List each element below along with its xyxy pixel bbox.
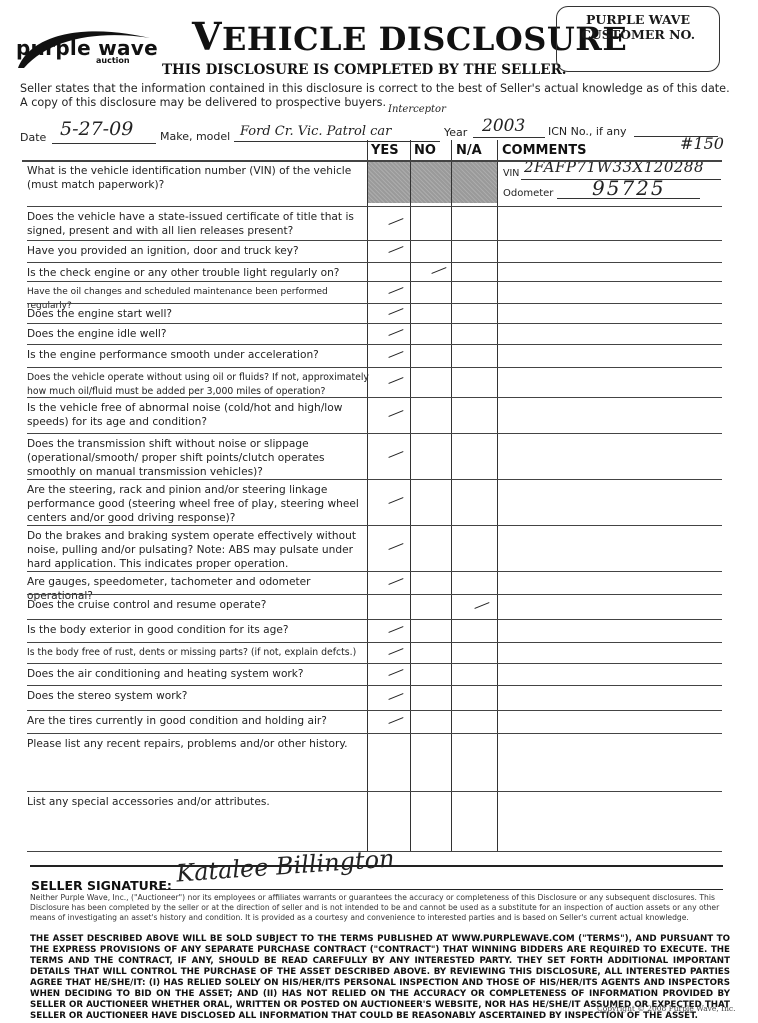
year-label: Year: [444, 126, 467, 139]
question-text: Please list any recent repairs, problems…: [27, 737, 372, 751]
answer-cell-na[interactable]: [451, 571, 497, 594]
answer-cell-yes[interactable]: [367, 344, 410, 367]
question-text: Does the vehicle have a state-issued cer…: [27, 210, 372, 238]
answer-cell-na[interactable]: [451, 525, 497, 571]
table-header-rule: [22, 160, 722, 162]
column-na: N/A: [456, 143, 482, 158]
answer-cell-no[interactable]: [410, 663, 451, 685]
answer-cell-no[interactable]: [410, 367, 451, 397]
question-text: Does the air conditioning and heating sy…: [27, 667, 372, 681]
customer-box-line1: PURPLE WAVE: [557, 12, 719, 27]
question-text: Are the steering, rack and pinion and/or…: [27, 483, 372, 525]
title-initial: V: [192, 14, 222, 59]
question-text: Is the body exterior in good condition f…: [27, 623, 372, 637]
question-text: Does the transmission shift without nois…: [27, 437, 372, 479]
answer-cell-yes[interactable]: [367, 262, 410, 281]
question-text: What is the vehicle identification numbe…: [27, 164, 372, 192]
answer-cell-na[interactable]: [451, 433, 497, 479]
question-text: Does the engine start well?: [27, 307, 372, 321]
answer-cell-na[interactable]: [451, 240, 497, 262]
signature-field[interactable]: [158, 889, 723, 890]
customer-box-line2: CUSTOMER NO.: [557, 27, 719, 42]
answer-cell-no[interactable]: [410, 642, 451, 663]
question-text: Does the stereo system work?: [27, 689, 372, 703]
table-column-divider: [497, 140, 498, 851]
answer-cell-na[interactable]: [451, 323, 497, 344]
answer-cell-yes[interactable]: [367, 571, 410, 594]
question-text: Does the cruise control and resume opera…: [27, 598, 372, 612]
question-text: Is the check engine or any other trouble…: [27, 266, 372, 280]
answer-cell-no[interactable]: [410, 594, 451, 619]
answer-cell-no[interactable]: [410, 240, 451, 262]
answer-cell-na[interactable]: [451, 479, 497, 525]
question-text: Does the vehicle operate without using o…: [27, 371, 372, 399]
answer-cell-na[interactable]: [451, 206, 497, 240]
make-model-value: Ford Cr. Vic. Patrol car: [240, 124, 391, 139]
answer-cell-no[interactable]: [410, 433, 451, 479]
question-text: Are the tires currently in good conditio…: [27, 714, 372, 728]
question-text: Is the vehicle free of abnormal noise (c…: [27, 401, 372, 429]
date-value: 5-27-09: [60, 118, 133, 140]
answer-cell-na[interactable]: [451, 663, 497, 685]
answer-cell-na[interactable]: [451, 367, 497, 397]
answer-cell-no[interactable]: [410, 281, 451, 303]
answer-cell-no[interactable]: [410, 710, 451, 733]
signature-label: SELLER SIGNATURE:: [31, 878, 172, 893]
year-value: 2003: [482, 116, 525, 136]
answer-cell-na[interactable]: [451, 262, 497, 281]
answer-cell-na[interactable]: [451, 685, 497, 710]
answer-cell-na[interactable]: [451, 344, 497, 367]
answer-cell-no[interactable]: [410, 397, 451, 433]
column-yes: YES: [371, 143, 399, 158]
make-annotation: Interceptor: [388, 104, 446, 115]
answer-cell-na[interactable]: [451, 281, 497, 303]
answer-cell-no[interactable]: [410, 525, 451, 571]
page-subtitle: THIS DISCLOSURE IS COMPLETED BY THE SELL…: [162, 62, 567, 78]
intro-line-2: A copy of this disclosure may be deliver…: [20, 96, 386, 109]
answer-cell-na[interactable]: [451, 642, 497, 663]
intro-line-1: Seller states that the information conta…: [20, 82, 730, 95]
comments-note: #150: [680, 134, 724, 153]
year-field[interactable]: [473, 137, 545, 138]
date-label: Date: [20, 131, 46, 144]
answer-cell-na[interactable]: [451, 594, 497, 619]
answer-cell-no[interactable]: [410, 685, 451, 710]
question-text: Does the engine idle well?: [27, 327, 372, 341]
customer-number-box[interactable]: PURPLE WAVE CUSTOMER NO.: [556, 6, 720, 72]
answer-cell-no[interactable]: [410, 303, 451, 323]
answer-cell-yes[interactable]: [367, 642, 410, 663]
disclaimer-text: Neither Purple Wave, Inc., ("Auctioneer"…: [30, 893, 730, 923]
answer-cell-no[interactable]: [410, 571, 451, 594]
odometer-value: 95725: [592, 176, 666, 200]
question-text: Is the engine performance smooth under a…: [27, 348, 372, 362]
question-text: Have you provided an ignition, door and …: [27, 244, 372, 258]
vin-label: VIN: [503, 168, 519, 179]
answer-cell-no[interactable]: [410, 206, 451, 240]
answer-cell-no[interactable]: [410, 344, 451, 367]
row-divider: [27, 733, 722, 734]
logo-subtext: auction: [96, 56, 130, 65]
vin-shaded-cells: [367, 161, 497, 203]
answer-cell-no[interactable]: [410, 323, 451, 344]
answer-cell-no[interactable]: [410, 262, 451, 281]
column-no: NO: [414, 143, 436, 158]
answer-cell-na[interactable]: [451, 397, 497, 433]
answer-cell-no[interactable]: [410, 619, 451, 642]
answer-cell-na[interactable]: [451, 303, 497, 323]
answer-cell-na[interactable]: [451, 710, 497, 733]
answer-cell-yes[interactable]: [367, 710, 410, 733]
question-text: Do the brakes and braking system operate…: [27, 529, 372, 571]
answer-cell-yes[interactable]: [367, 594, 410, 619]
answer-cell-na[interactable]: [451, 619, 497, 642]
date-field[interactable]: [52, 143, 156, 144]
column-comments: COMMENTS: [502, 143, 586, 158]
copyright: Copyright © 2008 Purple Wave, Inc.: [597, 1004, 736, 1013]
answer-cell-yes[interactable]: [367, 323, 410, 344]
answer-cell-yes[interactable]: [367, 619, 410, 642]
answer-cell-no[interactable]: [410, 479, 451, 525]
answer-cell-yes[interactable]: [367, 685, 410, 710]
logo: purple wave: [16, 36, 158, 60]
question-text: Is the body free of rust, dents or missi…: [27, 646, 372, 660]
icn-label: ICN No., if any: [548, 125, 627, 138]
make-label: Make, model: [160, 130, 230, 143]
question-text: List any special accessories and/or attr…: [27, 795, 372, 809]
odometer-label: Odometer: [503, 188, 553, 199]
row-divider: [27, 791, 722, 792]
